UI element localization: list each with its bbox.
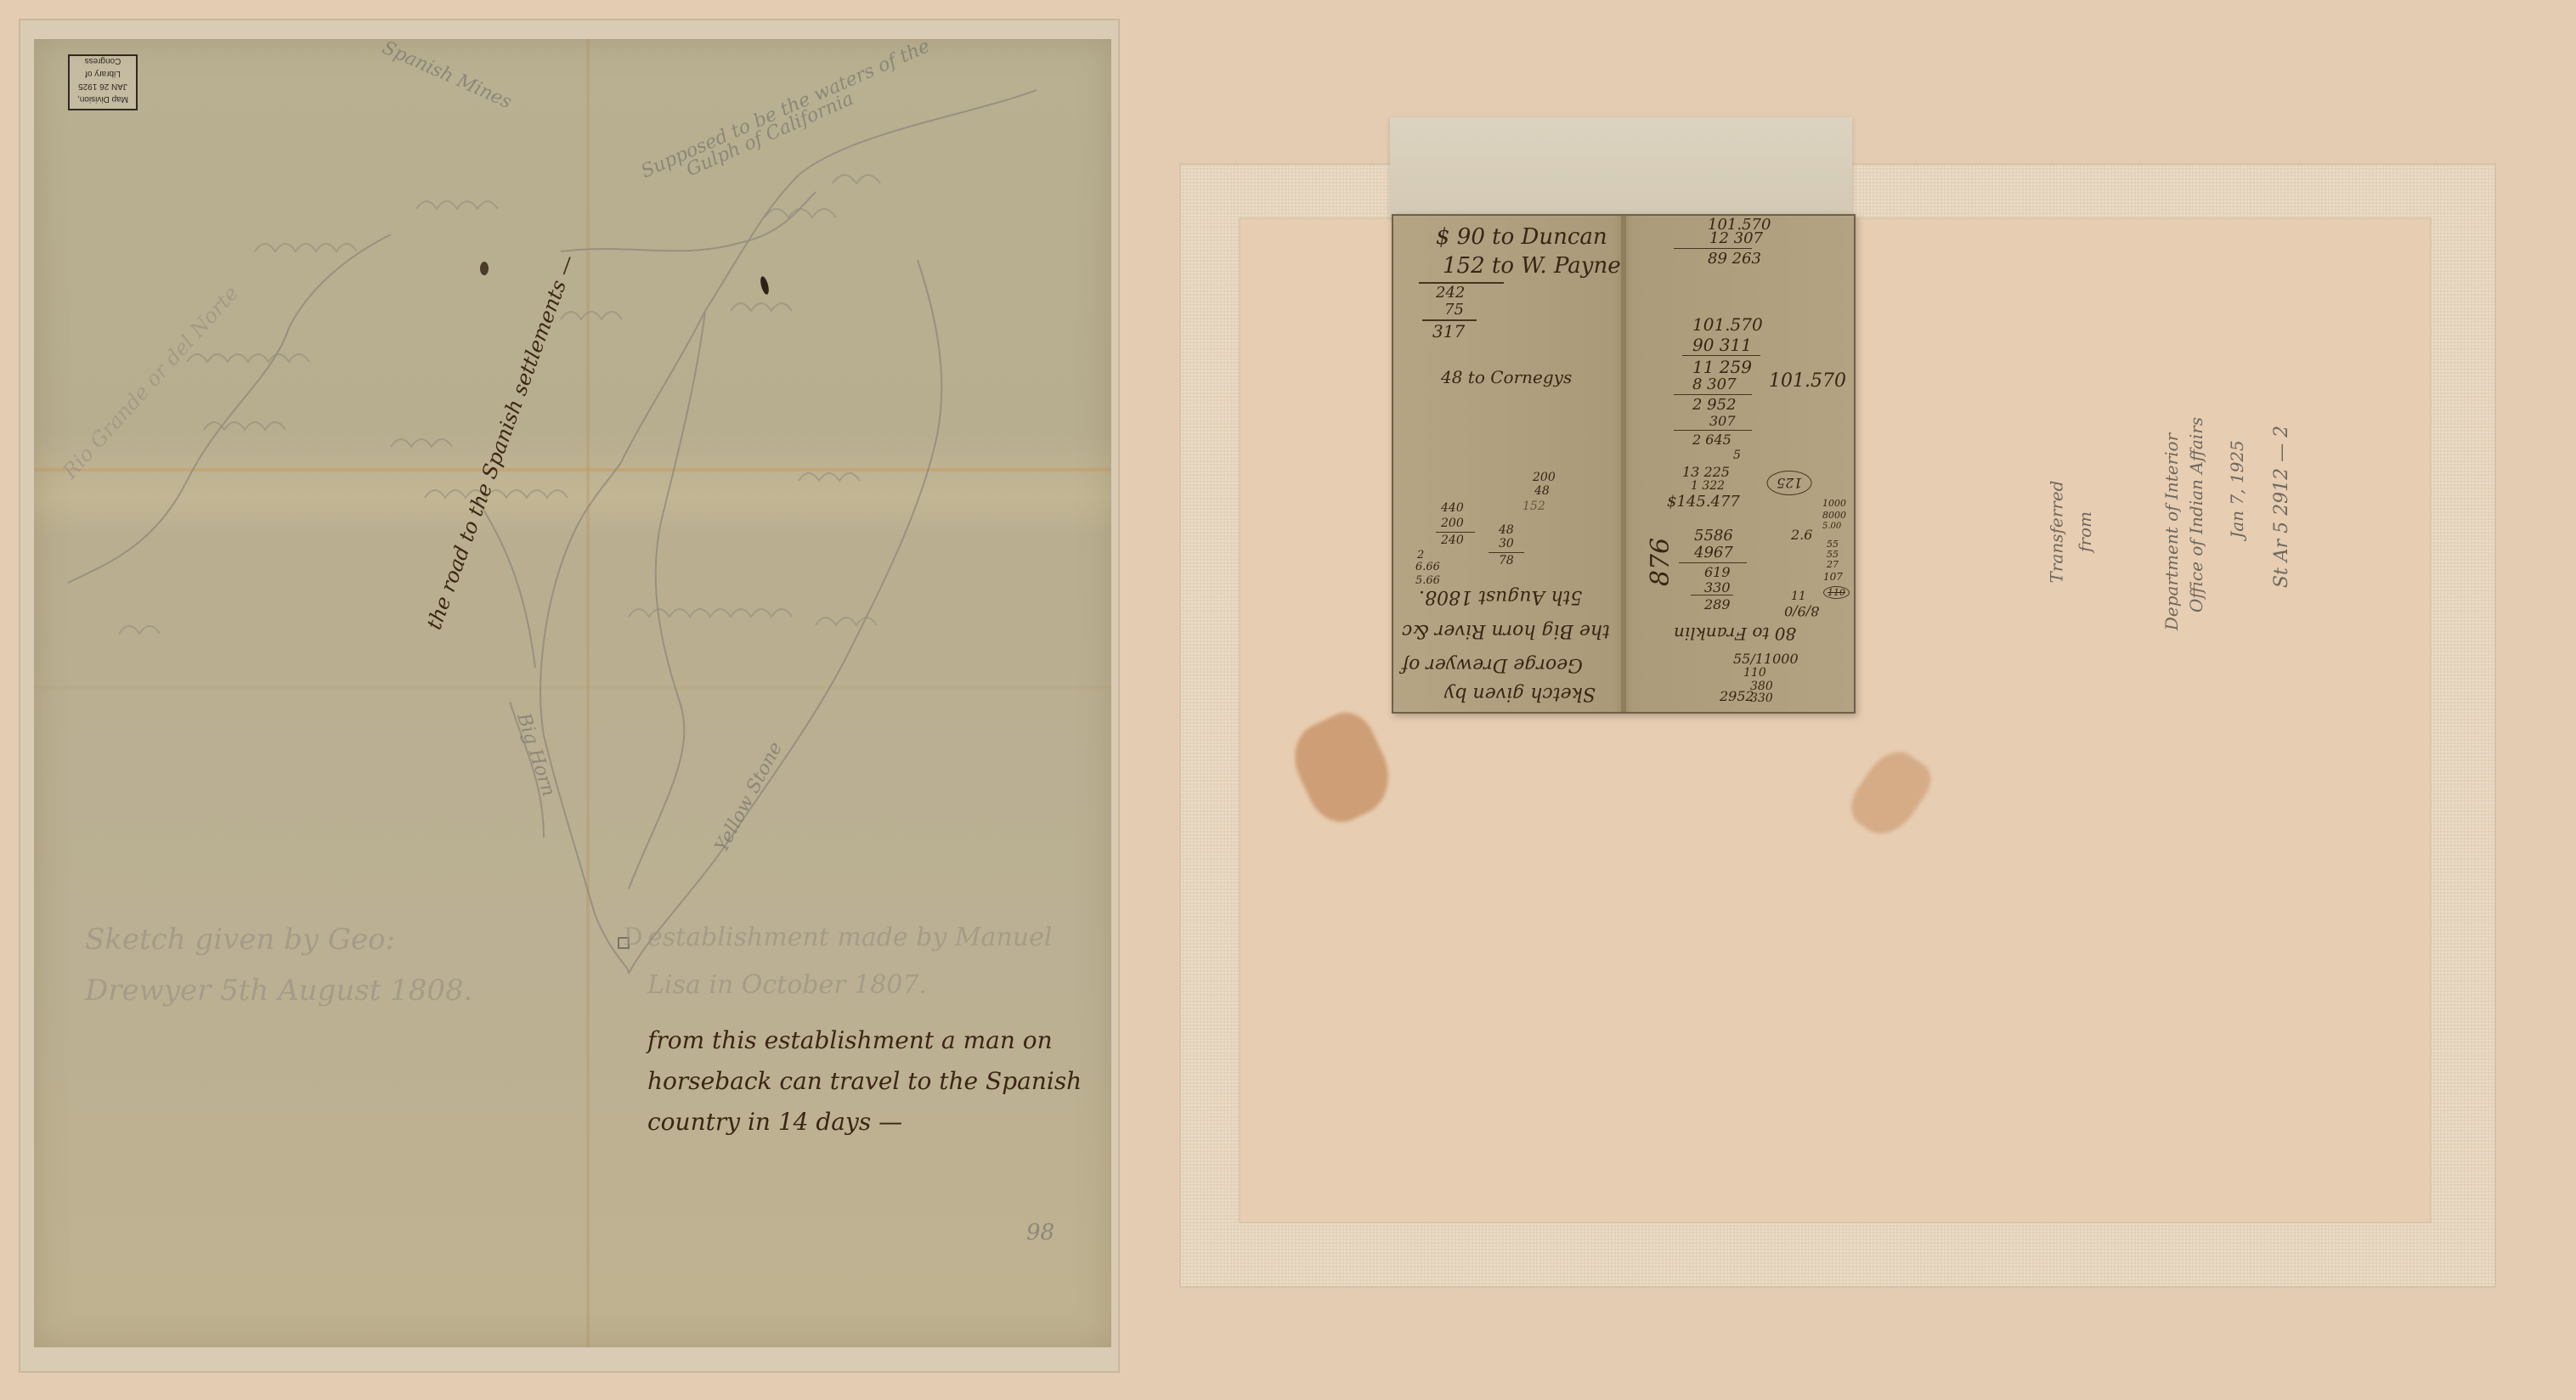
accession-line4: Office of Indian Affairs — [2186, 417, 2206, 612]
note-line2: horseback can travel to the Spanish — [647, 1067, 1082, 1095]
mid-4: 330 — [1704, 579, 1731, 596]
calc-c-1: 48 — [1499, 523, 1514, 537]
rotated-figure: 876 — [1646, 538, 1675, 586]
calc-a-1: 200 — [1533, 471, 1556, 484]
col-4: 8 307 — [1692, 375, 1737, 393]
map-sheet-recto: Map Division, JAN 26 1925 Library of Con… — [34, 39, 1111, 1347]
upside-down-note: 80 to Franklin — [1674, 624, 1796, 644]
calc-d-3: 5.66 — [1415, 574, 1440, 587]
mid-5: 289 — [1704, 596, 1731, 612]
calc-b-2: 200 — [1441, 517, 1464, 530]
calc-c-3: 78 — [1499, 554, 1514, 567]
main-river — [540, 90, 1037, 974]
fraction-bottom: 8/9/0 — [1784, 603, 1819, 619]
docket-line1: Sketch given by — [1444, 683, 1596, 704]
accession-line3: Department of Interior — [2161, 433, 2182, 630]
caption-sketch-line1: Sketch given by Geo: — [85, 923, 395, 957]
left-branch — [476, 498, 535, 668]
small-calc-struck: 110 — [1823, 586, 1850, 599]
rule — [1682, 355, 1760, 356]
accession-line2: from — [2075, 511, 2095, 552]
mines-line — [561, 192, 816, 251]
catalog-number: St Ar 5 2912 — 2 — [2271, 426, 2292, 588]
rule — [1674, 394, 1752, 395]
mid-1: 5586 — [1694, 527, 1733, 545]
small-calc-3: 5.00 — [1822, 522, 1841, 531]
side-total: 101.570 — [1769, 370, 1846, 392]
top-figure-3: 89 263 — [1708, 250, 1761, 268]
mid-3: 619 — [1704, 564, 1731, 580]
col-2: 90 311 — [1692, 335, 1752, 355]
col-7: 2 645 — [1692, 432, 1731, 448]
small-calc-7: 107 — [1823, 571, 1843, 583]
division-2: 110 — [1743, 666, 1766, 680]
calc-b-1: 440 — [1441, 501, 1464, 515]
col-5: 2 952 — [1692, 396, 1737, 414]
total-317: 317 — [1432, 321, 1465, 342]
rule — [1691, 595, 1733, 596]
folio-number: 98 — [1026, 1220, 1054, 1245]
account-note: $ 90 to Duncan 152 to W. Payne 242 75 31… — [1392, 214, 1856, 714]
accession-notes: Transferred from Department of Interior … — [2039, 377, 2260, 649]
rule — [1674, 248, 1752, 249]
col-10: 1 322 — [1691, 479, 1725, 493]
note-duncan: $ 90 to Duncan — [1436, 224, 1607, 250]
rule — [1489, 552, 1524, 553]
calc-d-1: 2 — [1417, 549, 1424, 562]
note-payne: 152 to W. Payne — [1443, 253, 1621, 279]
sum-242: 242 — [1436, 284, 1465, 302]
calc-c-2: 30 — [1499, 537, 1514, 550]
note-cornegys: 48 to Cornegys — [1441, 367, 1572, 387]
rule — [1436, 532, 1475, 533]
calc-a-3: 152 — [1522, 500, 1545, 513]
docket-line2: George Drewyer of — [1402, 654, 1583, 675]
calc-d-2: 6.66 — [1415, 561, 1440, 573]
add-75: 75 — [1444, 301, 1464, 319]
caption-establishment-line1: establishment made by Manuel — [647, 923, 1052, 952]
rule — [1679, 562, 1747, 563]
accession-line5: Jan 7, 1925 — [2227, 440, 2247, 539]
calc-a-2: 48 — [1534, 484, 1550, 498]
rule — [1674, 430, 1752, 431]
figure-two: 2.6 — [1791, 527, 1812, 543]
caption-sketch-line2: Drewyer 5th August 1808. — [85, 974, 473, 1008]
note-line1: from this establishment a man on — [647, 1026, 1053, 1054]
note-line3: country in 14 days — — [647, 1108, 902, 1136]
hinge-tape — [1390, 117, 1852, 217]
col-total: $145.477 — [1667, 493, 1740, 511]
small-calc-1: 1000 — [1822, 498, 1846, 509]
fraction-top: 11 — [1791, 590, 1806, 603]
small-calc-6: 27 — [1827, 559, 1839, 570]
col-9: 13 225 — [1682, 464, 1730, 480]
docket-line3: the Big horn River &c — [1402, 620, 1610, 641]
right-river — [629, 260, 941, 974]
circled-figure: 125 — [1767, 471, 1812, 495]
small-calc-2: 8000 — [1822, 510, 1846, 521]
establishment-marker: D — [624, 923, 642, 951]
caption-establishment-line2: Lisa in October 1807. — [647, 970, 927, 1000]
accession-line1: Transferred — [2046, 481, 2066, 584]
division-1: 55/11000 — [1733, 651, 1799, 667]
map-drawing — [34, 39, 1111, 1347]
docket-line4: 5th August 1808. — [1419, 586, 1582, 607]
bottom-figure: 2952 — [1720, 688, 1754, 704]
mid-2: 4967 — [1694, 544, 1733, 562]
middle-river — [629, 311, 705, 889]
note-fold — [1621, 216, 1626, 712]
calc-b-3: 240 — [1441, 533, 1464, 547]
col-8: 5 — [1733, 449, 1741, 462]
col-6: 307 — [1709, 413, 1736, 429]
col-3: 11 259 — [1692, 357, 1752, 377]
top-figure-2: 12 307 — [1709, 229, 1763, 247]
col-1: 101.570 — [1692, 314, 1763, 335]
